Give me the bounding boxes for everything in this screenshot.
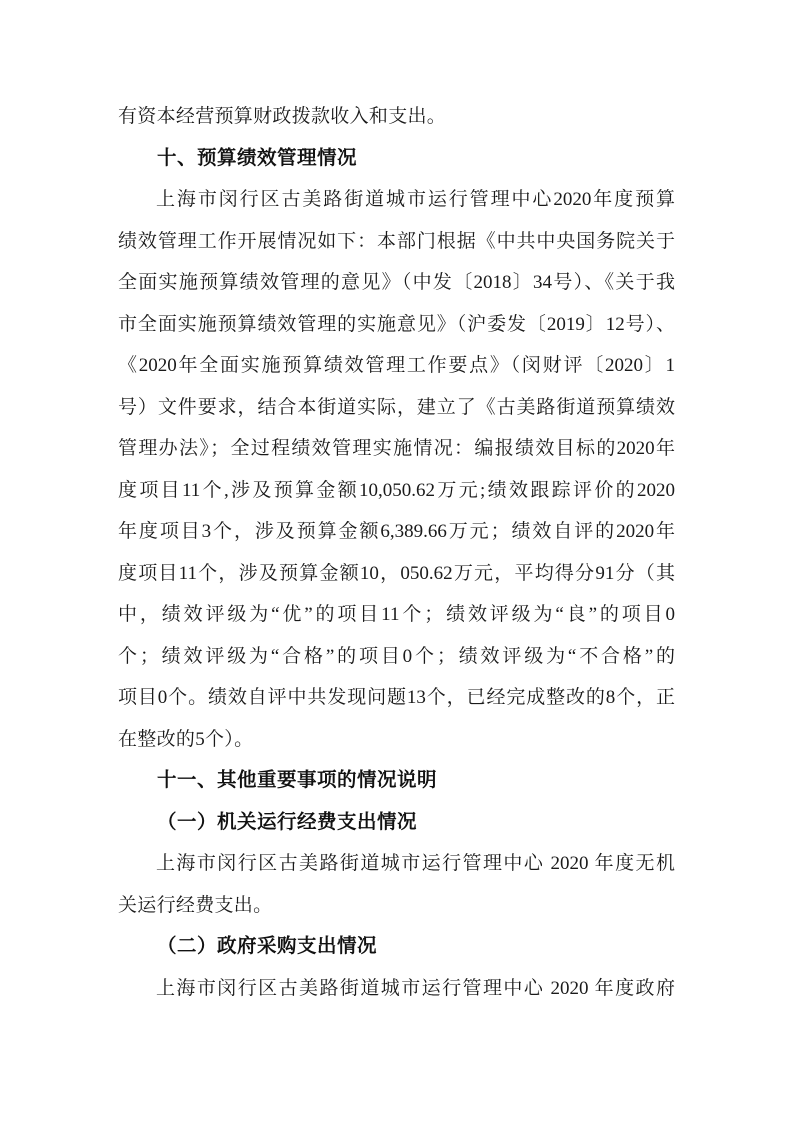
text-line: 度项目11个,涉及预算金额10,050.62万元;绩效跟踪评价的2020 (118, 470, 675, 512)
text-line: 《2020年全面实施预算绩效管理工作要点》（闵财评〔2020〕1 (118, 345, 675, 387)
text-line: 度项目11个，涉及预算金额10，050.62万元，平均得分91分（其 (118, 553, 675, 595)
text-line: 项目0个。绩效自评中共发现问题13个，已经完成整改的8个，正 (118, 677, 675, 719)
subsection-heading: （一）机关运行经费支出情况 (118, 802, 675, 844)
text-line: 上海市闵行区古美路街道城市运行管理中心2020年度预算 (118, 179, 675, 221)
text-line: 中，绩效评级为“优”的项目11个；绩效评级为“良”的项目0 (118, 594, 675, 636)
text-line: 有资本经营预算财政拨款收入和支出。 (118, 96, 675, 138)
section-heading: 十一、其他重要事项的情况说明 (118, 760, 675, 802)
text-line: 号）文件要求，结合本街道实际，建立了《古美路街道预算绩效 (118, 387, 675, 429)
text-line: 上海市闵行区古美路街道城市运行管理中心 2020 年度政府 (118, 968, 675, 1010)
document-text-block: 有资本经营预算财政拨款收入和支出。 十、预算绩效管理情况 上海市闵行区古美路街道… (118, 96, 675, 1009)
text-line: 个；绩效评级为“合格”的项目0个；绩效评级为“不合格”的 (118, 636, 675, 678)
text-line: 绩效管理工作开展情况如下：本部门根据《中共中央国务院关于 (118, 221, 675, 263)
subsection-heading: （二）政府采购支出情况 (118, 926, 675, 968)
text-line: 年度项目3个，涉及预算金额6,389.66万元；绩效自评的2020年 (118, 511, 675, 553)
text-line: 上海市闵行区古美路街道城市运行管理中心 2020 年度无机 (118, 843, 675, 885)
text-line: 市全面实施预算绩效管理的实施意见》（沪委发〔2019〕12号）、 (118, 304, 675, 346)
document-page: 有资本经营预算财政拨款收入和支出。 十、预算绩效管理情况 上海市闵行区古美路街道… (0, 0, 793, 1122)
text-line: 全面实施预算绩效管理的意见》（中发〔2018〕34号）、《关于我 (118, 262, 675, 304)
section-heading: 十、预算绩效管理情况 (118, 138, 675, 180)
text-line: 关运行经费支出。 (118, 885, 675, 927)
text-line: 管理办法》；全过程绩效管理实施情况：编报绩效目标的2020年 (118, 428, 675, 470)
text-line: 在整改的5个）。 (118, 719, 675, 761)
